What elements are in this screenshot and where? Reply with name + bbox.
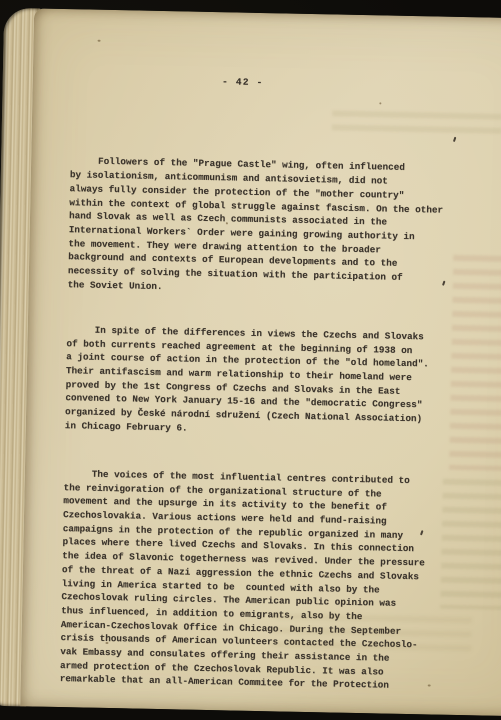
paper-speck <box>323 574 325 576</box>
paragraph-3: The voices of the most influential centr… <box>60 467 438 694</box>
paragraph-2: In spite of the differences in views the… <box>65 323 441 440</box>
scan-background: - 42 - Followers of the "Prague Castle" … <box>0 0 501 720</box>
book-page: - 42 - Followers of the "Prague Castle" … <box>0 8 501 717</box>
page-surface: - 42 - Followers of the "Prague Castle" … <box>20 8 501 716</box>
paper-speck <box>98 40 101 42</box>
stray-ink-tick <box>453 137 457 142</box>
paragraph-1: Followers of the "Prague Castle" wing, o… <box>68 155 444 300</box>
paper-speck <box>105 642 108 644</box>
page-body-text: Followers of the "Prague Castle" wing, o… <box>59 127 444 720</box>
bleed-through-artifact <box>440 479 501 610</box>
bleed-through-artifact <box>449 255 501 471</box>
paper-speck <box>428 684 431 686</box>
stray-ink-tick <box>442 280 446 285</box>
page-number: - 42 - <box>183 75 303 88</box>
paper-speck <box>226 222 228 224</box>
paper-speck <box>379 102 381 104</box>
